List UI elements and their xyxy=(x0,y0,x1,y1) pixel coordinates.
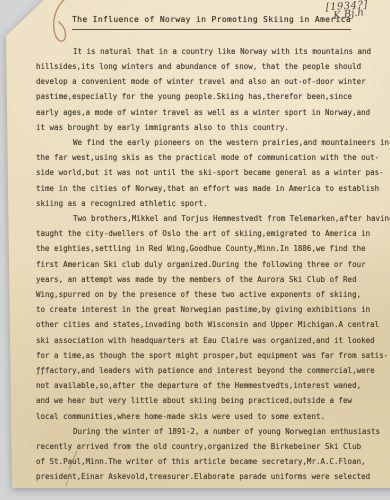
document-page: The Influence of Norway in Promoting Ski… xyxy=(6,0,390,488)
text-line: We find the early pioneers on the wester… xyxy=(36,135,382,150)
page-title: The Influence of Norway in Promoting Ski… xyxy=(72,12,351,30)
text-line: side world,but it was not until the ski-… xyxy=(36,165,382,180)
paragraph: It is natural that in a country like Nor… xyxy=(36,44,382,135)
text-line: Two brothers,Mikkel and Torjus Hemmestve… xyxy=(36,211,382,226)
text-line: the eighties,settling in Red Wing,Goodhu… xyxy=(36,241,382,256)
text-line: of St.Paul,Minn.The writer of this artic… xyxy=(36,454,382,469)
handwritten-annotation: [1934?] K.Bj.h xyxy=(325,0,368,21)
text-line: early ages,a mode of winter travel as we… xyxy=(36,105,382,120)
text-line: local communities,where home-made skis w… xyxy=(36,409,382,424)
text-line: pastime,especially for the young people.… xyxy=(36,89,382,104)
text-line: to create interest in the great Norwegia… xyxy=(36,302,382,317)
text-line: develop a convenient mode of winter trav… xyxy=(36,74,382,89)
text-line: other cities and states,invading both Wi… xyxy=(36,317,382,332)
text-line: taught the city-dwellers of Oslo the art… xyxy=(36,226,382,241)
text-line: ƒƒfactory,and leaders with patience and … xyxy=(36,363,382,378)
text-line: time in the cities of Norway,that an eff… xyxy=(36,181,382,196)
text-line: for a time,as though the sport might pro… xyxy=(36,348,382,363)
text-line: hillsides,its long winters and abundance… xyxy=(36,59,382,74)
scanned-photo-background: The Influence of Norway in Promoting Ski… xyxy=(0,0,390,500)
pencil-stroke-mark-icon xyxy=(60,449,86,493)
text-line: not available,so,after the departure of … xyxy=(36,378,382,393)
text-line: recently arrived from the old country,or… xyxy=(36,439,382,454)
text-line: ski association with headquarters at Eau… xyxy=(36,333,382,348)
text-line: it was brought by early immigrants also … xyxy=(36,120,382,135)
text-line: years, an attempt was made by the member… xyxy=(36,272,382,287)
paragraph: During the winter of 1891-2, a number of… xyxy=(36,424,382,485)
text-line: president,Einar Askevold,treasurer.Elabo… xyxy=(36,469,382,484)
text-line: skiing as a recognized athletic sport. xyxy=(36,196,382,211)
text-line: It is natural that in a country like Nor… xyxy=(36,44,382,59)
text-line: During the winter of 1891-2, a number of… xyxy=(36,424,382,439)
text-line: and we hear but very little about skiing… xyxy=(36,393,382,408)
paragraph: We find the early pioneers on the wester… xyxy=(36,135,382,211)
paragraph: Two brothers,Mikkel and Torjus Hemmestve… xyxy=(36,211,382,424)
text-line: Wing,spurred on by the presence of these… xyxy=(36,287,382,302)
text-line: the far west,using skis as the practical… xyxy=(36,150,382,165)
text-line: first American Ski club duly organized.D… xyxy=(36,257,382,272)
